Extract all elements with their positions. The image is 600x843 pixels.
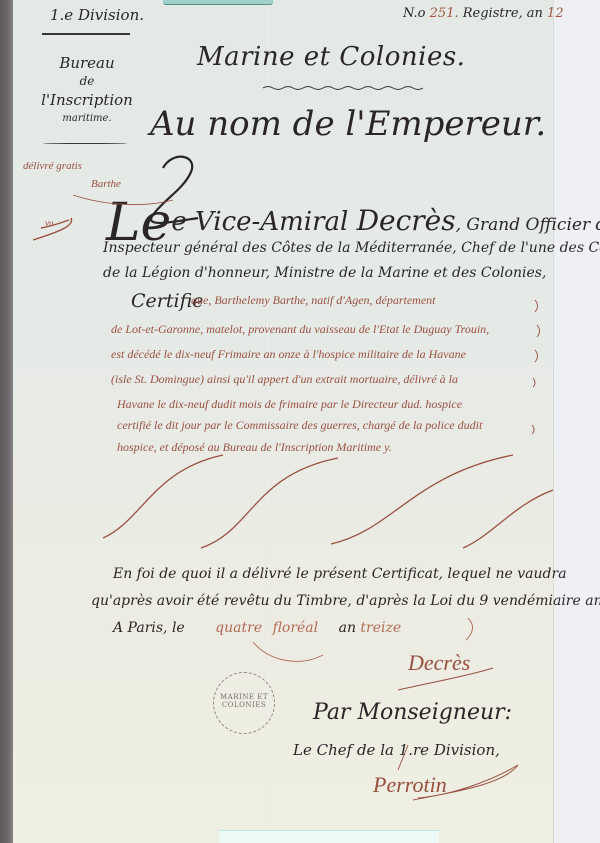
place-label: A Paris, le xyxy=(113,620,185,636)
margin-note-delivered: délivré gratis xyxy=(23,160,82,172)
certificate-paper: 1.e Division. Bureau de l'Inscription ma… xyxy=(13,0,553,843)
handwritten-line: de Lot-et-Garonne, matelot, provenant du… xyxy=(111,322,489,337)
handwritten-line: certifié le dit jour par le Commissaire … xyxy=(117,418,482,433)
register-year: 12 xyxy=(547,6,564,21)
issuer-name: Decrès xyxy=(357,204,456,237)
bureau-block: Bureau de l'Inscription maritime. xyxy=(37,54,137,128)
glass-clip-bottom xyxy=(219,830,439,843)
stamp-text: MARINE ET COLONIES xyxy=(214,693,274,709)
bureau-line: l'Inscription xyxy=(37,90,137,110)
margin-note-seen: vu xyxy=(45,218,54,228)
closing-line: qu'après avoir été revêtu du Timbre, d'a… xyxy=(91,593,600,609)
chief-line: Le Chef de la 1.re Division, xyxy=(293,741,500,759)
register-number: N.o 251. Registre, an 12 xyxy=(403,6,564,21)
division-label: 1.e Division. xyxy=(50,6,144,24)
minister-signature: Decrès xyxy=(408,650,470,676)
register-no-label: N.o xyxy=(403,6,426,21)
bureau-line: maritime. xyxy=(37,110,137,128)
official-stamp: MARINE ET COLONIES xyxy=(213,672,275,734)
date-day: quatre xyxy=(215,620,262,636)
chief-signature: Perrotin xyxy=(373,772,447,798)
ministry-title: Marine et Colonies. xyxy=(197,42,465,72)
closing-line: En foi de quoi il a délivré le présent C… xyxy=(113,566,567,582)
register-no-value: 251. xyxy=(430,6,459,21)
bureau-line: Bureau xyxy=(37,54,137,72)
bureau-rule xyxy=(43,143,127,144)
glass-clip-top xyxy=(163,0,273,5)
year-label: an xyxy=(339,620,356,636)
issuer-detail-line: Inspecteur général des Côtes de la Médit… xyxy=(103,240,600,256)
issuer-line: Lee Vice-Amiral Decrès, Grand Officier d… xyxy=(106,183,600,243)
by-order-label: Par Monseigneur: xyxy=(313,700,512,725)
register-label: Registre, an xyxy=(463,6,543,21)
handwritten-line: hospice, et déposé au Bureau de l'Inscri… xyxy=(117,440,392,455)
handwritten-line: (isle St. Domingue) ainsi qu'il appert d… xyxy=(111,372,458,387)
handwritten-line: est décédé le dix-neuf Frimaire an onze … xyxy=(111,347,466,362)
date-month: floréal xyxy=(273,620,319,636)
handwritten-line: que, Barthelemy Barthe, natif d'Agen, dé… xyxy=(191,293,436,308)
background-margin xyxy=(550,0,600,843)
scan-edge-shadow xyxy=(0,0,14,843)
issuer-detail-line: de la Légion d'honneur, Ministre de la M… xyxy=(103,265,546,281)
title-flourish xyxy=(263,85,423,91)
bureau-line: de xyxy=(37,72,137,90)
issuer-rank: e Vice-Amiral xyxy=(171,207,348,237)
issuer-title: , Grand Officier de l'Empire, xyxy=(456,215,600,235)
invocation-title: Au nom de l'Empereur. xyxy=(150,104,546,144)
handwritten-line: Havane le dix-neuf dudit mois de frimair… xyxy=(117,397,462,412)
date-year: treize xyxy=(360,620,401,636)
place-date-line: A Paris, le quatre floréal an treize xyxy=(113,620,401,636)
division-rule xyxy=(42,33,130,35)
